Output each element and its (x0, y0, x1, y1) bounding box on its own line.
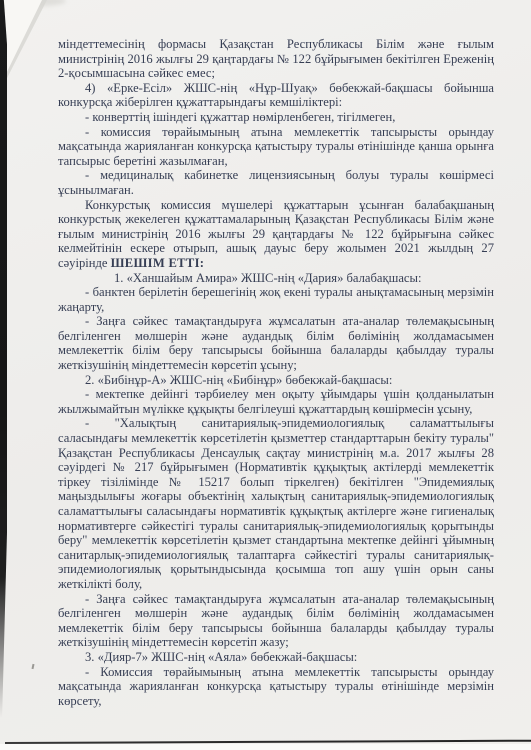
paragraph-item4-erke-esil: 4) «Ерке-Есіл» ЖШС-нің «Нұр-Шуақ» бөбекж… (58, 81, 494, 110)
paragraph-item2-sanitary-conclusion: - "Халықтың санитариялық-эпидемиологиялы… (58, 416, 494, 591)
page-corner-fold (4, 0, 42, 78)
paragraph-item1-obligation: - Заңға сәйкес тамақтандыруға жұмсалатын… (58, 314, 494, 372)
paragraph-item1-bank-certificate: - банктен берілетін берешегінің жоқ екен… (58, 285, 494, 314)
paragraph-defect-application: - комиссия төрайымының атына мемлекеттік… (58, 125, 494, 169)
document-text: міндеттемесінің формасы Қазақстан Респуб… (58, 37, 494, 708)
paragraph-continuation-requirements: міндеттемесінің формасы Қазақстан Респуб… (58, 37, 494, 81)
paragraph-defect-envelope: - конверттің ішіндегі құжаттар нөмірленб… (58, 110, 494, 125)
paragraph-item3-diyar7-ayala: 3. «Дияр-7» ЖШС-нің «Аяла» бөбекжай-бақш… (58, 650, 494, 665)
paragraph-item1-khanshaiym-amira: 1. «Ханшайым Амира» ЖШС-нің «Дария» бала… (58, 271, 494, 286)
paragraph-defect-license: - медициналық кабинетке лицензиясының бо… (58, 168, 494, 197)
scanned-document-page: міндеттемесінің формасы Қазақстан Респуб… (0, 0, 531, 750)
paragraph-item2-bibinur: 2. «Бибінұр-А» ЖШС-нің «Бибінұр» бөбекжа… (58, 373, 494, 388)
decision-heading: ШЕШІМ ЕТТІ: (111, 256, 205, 270)
paragraph-item3-application-term: - Комиссия төрайымының атына мемлекеттік… (58, 665, 494, 709)
scan-below-edge-area (0, 744, 531, 750)
paragraph-commission-decision-intro: Конкурстық комиссия мүшелері құжаттарын … (58, 198, 494, 271)
scan-speck (32, 664, 35, 669)
scan-left-edge-shadow (0, 0, 7, 740)
paragraph-item2-obligation: - Заңға сәйкес тамақтандыруға жұмсалатын… (58, 592, 494, 650)
paragraph-item2-property-docs: - мектепке дейінгі тәрбиелеу мен оқыту ұ… (58, 387, 494, 416)
